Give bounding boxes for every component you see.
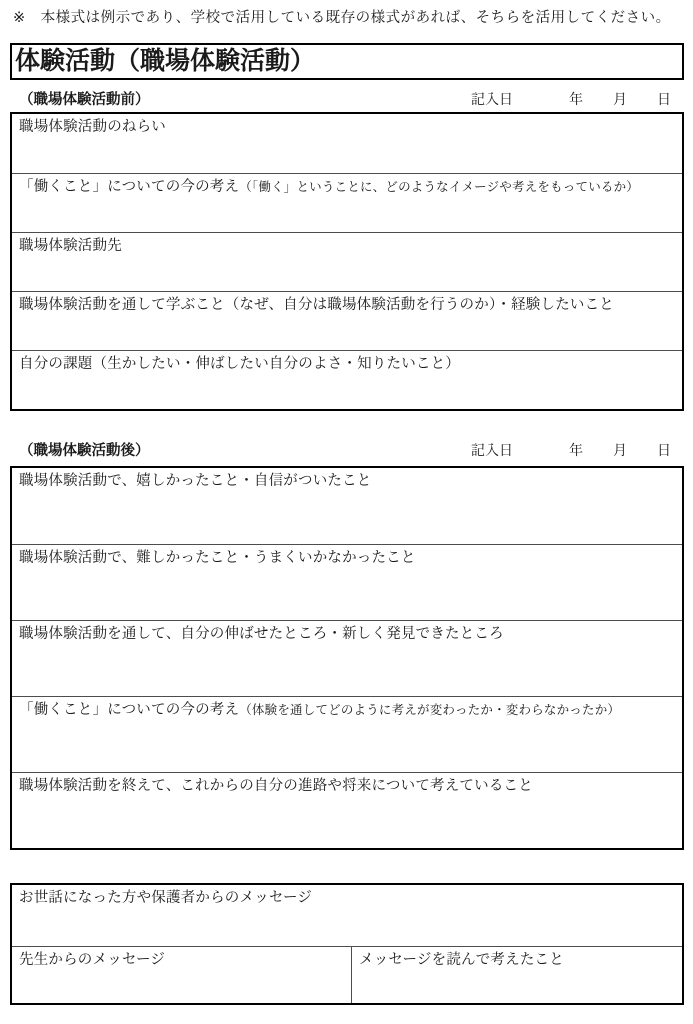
post-section-header: （職場体験活動後） 記入日年月日 — [10, 442, 684, 460]
date-label: 記入日 — [471, 442, 513, 458]
post-row-growth-label: 職場体験活動を通して、自分の伸ばせたところ・新しく発見できたところ — [19, 626, 504, 642]
post-row-difficulties-label: 職場体験活動で、難しかったこと・うまくいかなかったこと — [19, 550, 416, 566]
post-row-thoughts-after-label: 「働くこと」についての今の考え — [19, 702, 239, 718]
post-row-thoughts-on-work-after: 「働くこと」についての今の考え（体験を通してどのように考えが変わったか・変わらな… — [12, 696, 682, 772]
month-label: 月 — [613, 442, 627, 458]
post-row-future-plans-label: 職場体験活動を終えて、これからの自分の進路や将来について考えていること — [19, 778, 533, 794]
pre-row-workplace: 職場体験活動先 — [12, 232, 682, 291]
pre-row-learning-goals-label: 職場体験活動を通して学ぶこと（なぜ、自分は職場体験活動を行うのか）・経験したいこ… — [19, 297, 614, 313]
year-label: 年 — [569, 442, 583, 458]
date-label: 記入日 — [471, 91, 513, 107]
day-label: 日 — [657, 91, 671, 107]
messages-table: お世話になった方や保護者からのメッセージ 先生からのメッセージ メッセージを読ん… — [10, 883, 684, 1005]
pre-row-thoughts-note: （「働く」ということに、どのようなイメージや考えをもっているか） — [239, 180, 639, 194]
day-label: 日 — [657, 442, 671, 458]
msg-supporters-label: お世話になった方や保護者からのメッセージ — [19, 890, 312, 906]
msg-cell-reflection: メッセージを読んで考えたこと — [352, 947, 682, 1003]
pre-row-thoughts-on-work: 「働くこと」についての今の考え（「働く」ということに、どのようなイメージや考えを… — [12, 173, 682, 232]
msg-cell-teacher: 先生からのメッセージ — [12, 947, 352, 1003]
pre-section-header: （職場体験活動前） 記入日年月日 — [10, 91, 684, 109]
msg-row-split: 先生からのメッセージ メッセージを読んで考えたこと — [12, 946, 682, 1003]
msg-reflection-label: メッセージを読んで考えたこと — [359, 952, 564, 968]
pre-row-aim: 職場体験活動のねらい — [12, 114, 682, 173]
post-row-growth-discoveries: 職場体験活動を通して、自分の伸ばせたところ・新しく発見できたところ — [12, 620, 682, 696]
msg-row-supporters: お世話になった方や保護者からのメッセージ — [12, 885, 682, 946]
pre-row-thoughts-label: 「働くこと」についての今の考え — [19, 179, 239, 195]
pre-row-workplace-label: 職場体験活動先 — [19, 238, 122, 254]
pre-row-aim-label: 職場体験活動のねらい — [19, 119, 166, 135]
post-section-title: （職場体験活動後） — [10, 439, 150, 460]
msg-teacher-label: 先生からのメッセージ — [19, 952, 165, 968]
pre-row-personal-challenges-label: 自分の課題（生かしたい・伸ばしたい自分のよさ・知りたいこと） — [19, 356, 460, 372]
post-row-difficulties: 職場体験活動で、難しかったこと・うまくいかなかったこと — [12, 544, 682, 620]
pre-row-personal-challenges: 自分の課題（生かしたい・伸ばしたい自分のよさ・知りたいこと） — [12, 350, 682, 409]
pre-date-row: 記入日年月日 — [471, 89, 684, 109]
pre-section-title: （職場体験活動前） — [10, 88, 150, 109]
post-row-thoughts-after-note: （体験を通してどのように考えが変わったか・変わらなかったか） — [239, 703, 620, 717]
pre-row-learning-goals: 職場体験活動を通して学ぶこと（なぜ、自分は職場体験活動を行うのか）・経験したいこ… — [12, 291, 682, 350]
post-date-row: 記入日年月日 — [471, 440, 684, 460]
post-row-happy-moments: 職場体験活動で、嬉しかったこと・自信がついたこと — [12, 468, 682, 544]
form-title: 体験活動（職場体験活動） — [12, 49, 315, 74]
year-label: 年 — [569, 91, 583, 107]
worksheet-page: ※ 本様式は例示であり、学校で活用している既存の様式があれば、そちらを活用してく… — [0, 0, 693, 1024]
usage-note: ※ 本様式は例示であり、学校で活用している既存の様式があれば、そちらを活用してく… — [13, 10, 689, 27]
post-activity-table: 職場体験活動で、嬉しかったこと・自信がついたこと 職場体験活動で、難しかったこと… — [10, 466, 684, 850]
month-label: 月 — [613, 91, 627, 107]
pre-activity-table: 職場体験活動のねらい 「働くこと」についての今の考え（「働く」ということに、どの… — [10, 112, 684, 411]
post-row-future-plans: 職場体験活動を終えて、これからの自分の進路や将来について考えていること — [12, 772, 682, 848]
post-row-happy-label: 職場体験活動で、嬉しかったこと・自信がついたこと — [19, 473, 372, 489]
form-title-box: 体験活動（職場体験活動） — [10, 43, 684, 80]
